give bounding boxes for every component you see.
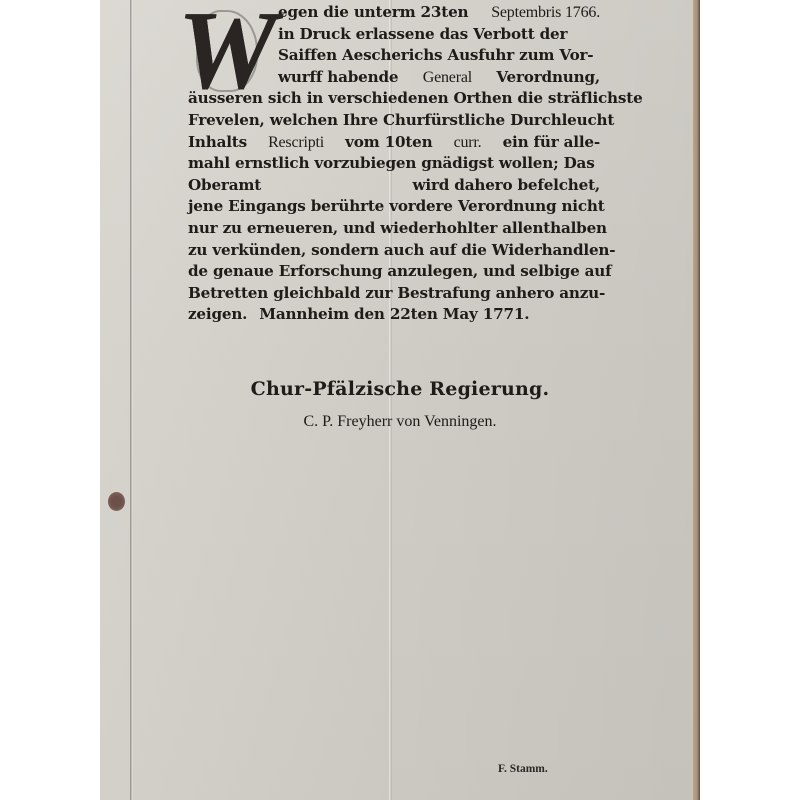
drop-cap-initial: W — [188, 4, 266, 98]
text-line: mahl ernstlich vorzubiegen gnädigst woll… — [188, 153, 600, 175]
signatory-name: C. P. Freyherr von Venningen. — [235, 413, 565, 431]
text-line: nur zu erneueren, und wiederhohlter alle… — [188, 218, 600, 240]
text-line: wurff habende General Verordnung, — [278, 67, 600, 89]
text-line-date: zeigen. Mannheim den 22ten May 1771. — [188, 304, 600, 326]
ink-stain — [108, 492, 125, 511]
text-line: in Druck erlassene das Verbott der — [278, 24, 600, 46]
text-line: jene Eingangs berührte vordere Verordnun… — [188, 196, 600, 218]
document-sheet: W egen die unterm 23ten Septembris 1766.… — [100, 0, 693, 800]
text-line: Betretten gleichbald zur Bestrafung anhe… — [188, 283, 600, 305]
decree-text: W egen die unterm 23ten Septembris 1766.… — [188, 2, 600, 326]
text-line: Oberamt wird dahero befelchet, — [188, 175, 600, 197]
text-line: de genaue Erforschung anzulegen, und sel… — [188, 261, 600, 283]
text-line: Inhalts Rescripti vom 10ten curr. ein fü… — [188, 132, 600, 154]
printer-mark: F. Stamm. — [498, 763, 548, 775]
text-line: egen die unterm 23ten Septembris 1766. — [278, 2, 600, 24]
fold-crease-left — [130, 0, 133, 800]
issuing-authority: Chur-Pfälzische Regierung. — [235, 378, 565, 400]
backing-board-edge — [693, 0, 700, 800]
text-line: Frevelen, welchen Ihre Churfürstliche Du… — [188, 110, 600, 132]
text-line: zu verkünden, sondern auch auf die Wider… — [188, 240, 600, 262]
text-line: Saiffen Aescherichs Ausfuhr zum Vor- — [278, 45, 600, 67]
